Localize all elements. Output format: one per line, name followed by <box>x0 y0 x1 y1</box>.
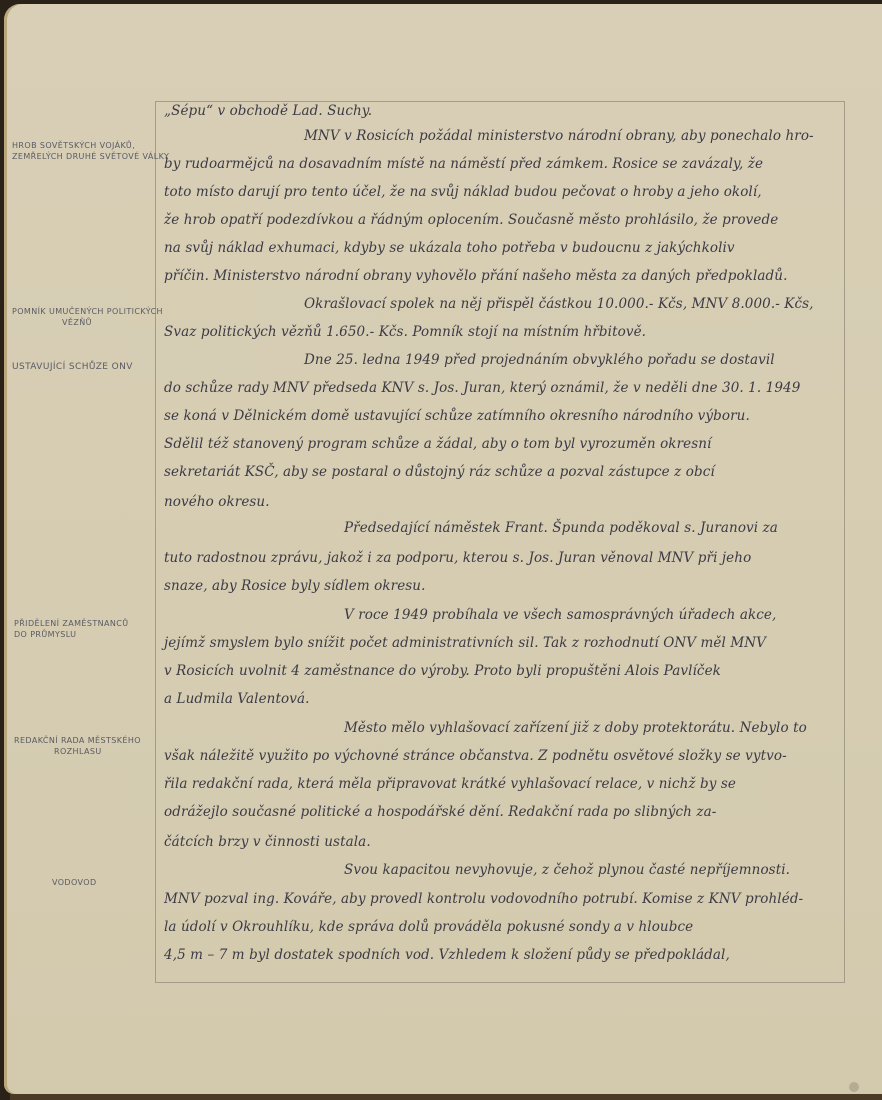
margin-note-onv-session: Ustavující schůze ONV <box>12 362 133 373</box>
body-line: příčin. Ministerstvo národní obrany vyho… <box>164 268 787 284</box>
body-line: do schůze rady MNV předseda KNV s. Jos. … <box>164 380 800 396</box>
body-line: Okrašlovací spolek na něj přispěl částko… <box>304 296 814 312</box>
body-line: na svůj náklad exhumaci, kdyby se ukázal… <box>164 240 735 256</box>
body-line: snaze, aby Rosice byly sídlem okresu. <box>164 578 426 594</box>
paper-spot <box>849 1082 859 1092</box>
margin-note-employees: Přidělení zaměstnanců do průmyslu <box>14 618 129 640</box>
body-line: řila redakční rada, která měla připravov… <box>164 776 736 792</box>
body-line: Svou kapacitou nevyhovuje, z čehož plyno… <box>344 862 790 878</box>
margin-note-line: vězňů <box>12 317 163 328</box>
body-line: nového okresu. <box>164 494 270 510</box>
body-line: MNV v Rosicích požádal ministerstvo náro… <box>304 128 814 144</box>
body-line: by rudoarmějců na dosavadním místě na ná… <box>164 156 763 172</box>
margin-note-monument: Pomník umučených politických vězňů <box>12 306 163 328</box>
margin-note-line: Hrob sovětských vojáků, <box>12 140 169 151</box>
margin-note-line: Ustavující schůze ONV <box>12 362 133 373</box>
body-line: odrážejlo současné politické a hospodářs… <box>164 804 716 820</box>
margin-note-line: Přidělení zaměstnanců <box>14 618 129 629</box>
body-line: Svaz politických vězňů 1.650.- Kčs. Pomn… <box>164 324 646 340</box>
body-line: jejímž smyslem bylo snížit počet adminis… <box>164 635 766 651</box>
margin-note-line: zemřelých druhé světové války <box>12 151 169 162</box>
body-line: Město mělo vyhlašovací zařízení již z do… <box>344 720 807 736</box>
body-line: se koná v Dělnickém domě ustavující schů… <box>164 408 750 424</box>
page-bottom-edge <box>10 1094 882 1100</box>
margin-note-line: do průmyslu <box>14 629 129 640</box>
body-line: v Rosicích uvolnit 4 zaměstnance do výro… <box>164 663 721 679</box>
body-line: a Ludmila Valentová. <box>164 691 310 707</box>
body-line: však náležitě využito po výchovné stránc… <box>164 748 787 764</box>
margin-note-line: Redakční rada městského <box>14 735 141 746</box>
body-line: la údolí v Okrouhlíku, kde správa dolů p… <box>164 919 693 935</box>
chronicle-page: Hrob sovětských vojáků, zemřelých druhé … <box>4 4 882 1094</box>
margin-note-line: Vodovod <box>52 877 97 888</box>
body-line: V roce 1949 probíhala ve všech samospráv… <box>344 607 776 623</box>
margin-note-water-supply: Vodovod <box>52 877 97 888</box>
body-line: Sdělil též stanovený program schůze a žá… <box>164 436 711 452</box>
body-line: Dne 25. ledna 1949 před projednáním obvy… <box>304 352 775 368</box>
margin-note-radio-board: Redakční rada městského rozhlasu <box>14 735 141 757</box>
margin-note-line: rozhlasu <box>14 746 141 757</box>
body-line: „Sépu“ v obchodě Lad. Suchy. <box>164 103 372 119</box>
margin-note-line: Pomník umučených politických <box>12 306 163 317</box>
body-line: Předsedající náměstek Frant. Špunda podě… <box>344 520 778 536</box>
body-line: čátcích brzy v činnosti ustala. <box>164 834 371 850</box>
body-line: sekretariát KSČ, aby se postaral o důsto… <box>164 464 715 480</box>
body-line: toto místo darují pro tento účel, že na … <box>164 184 762 200</box>
body-line: že hrob opatří podezdívkou a řádným oplo… <box>164 212 778 228</box>
body-line: 4,5 m – 7 m byl dostatek spodních vod. V… <box>164 947 730 963</box>
margin-note-soviet-graves: Hrob sovětských vojáků, zemřelých druhé … <box>12 140 169 162</box>
text-frame <box>155 101 845 983</box>
body-line: tuto radostnou zprávu, jakož i za podpor… <box>164 550 751 566</box>
body-line: MNV pozval ing. Kováře, aby provedl kont… <box>164 891 803 907</box>
